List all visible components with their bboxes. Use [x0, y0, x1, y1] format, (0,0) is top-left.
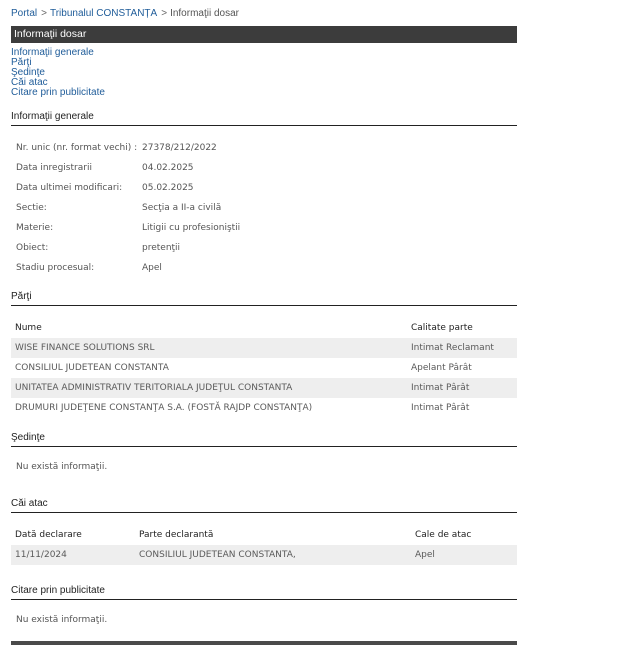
table-row: WISE FINANCE SOLUTIONS SRLIntimat Reclam… [11, 338, 517, 358]
breadcrumb-portal[interactable]: Portal [11, 8, 37, 19]
info-row: Materie:Litigii cu profesioniştii [16, 218, 496, 238]
info-row: Stadiu procesual:Apel [16, 258, 496, 278]
column-header-nume: Nume [11, 318, 407, 338]
footer-divider [11, 641, 517, 645]
info-label: Materie: [16, 218, 142, 238]
info-row: Obiect:pretenţii [16, 238, 496, 258]
info-label: Sectie: [16, 198, 142, 218]
section-title-cai-atac: Căi atac [11, 498, 517, 513]
section-title-general: Informaţii generale [11, 111, 517, 126]
link-citare[interactable]: Citare prin publicitate [11, 88, 105, 98]
party-role: Intimat Pârât [407, 378, 517, 398]
info-label: Data ultimei modificari: [16, 178, 142, 198]
info-value: Litigii cu profesioniştii [142, 218, 240, 238]
section-links: Informaţii generale Părţi Şedinţe Căi at… [11, 48, 105, 98]
section-title-parti: Părţi [11, 291, 517, 306]
table-row: CONSILIUL JUDETEAN CONSTANTAApelant Pârâ… [11, 358, 517, 378]
table-row: UNITATEA ADMINISTRATIV TERITORIALA JUDEŢ… [11, 378, 517, 398]
party-name: WISE FINANCE SOLUTIONS SRL [11, 338, 407, 358]
info-value: 27378/212/2022 [142, 138, 217, 158]
info-value: 05.02.2025 [142, 178, 194, 198]
cai-atac-table: Dată declarare Parte declarantă Cale de … [11, 525, 517, 565]
info-value: 04.02.2025 [142, 158, 194, 178]
party-role: Apelant Pârât [407, 358, 517, 378]
column-header-data-declarare: Dată declarare [11, 525, 135, 545]
info-value: pretenţii [142, 238, 180, 258]
sedinte-empty-message: Nu există informaţii. [16, 462, 107, 472]
info-row: Sectie:Secţia a II-a civilă [16, 198, 496, 218]
table-row: DRUMURI JUDEŢENE CONSTANŢA S.A. (FOSTĂ R… [11, 398, 517, 418]
section-title-citare: Citare prin publicitate [11, 585, 517, 600]
info-label: Nr. unic (nr. format vechi) : [16, 138, 142, 158]
breadcrumb: Portal>Tribunalul CONSTANȚA>Informaţii d… [11, 8, 239, 19]
page-title: Informaţii dosar [11, 26, 517, 43]
appeal-date: 11/11/2024 [11, 545, 135, 565]
party-name: DRUMURI JUDEŢENE CONSTANŢA S.A. (FOSTĂ R… [11, 398, 407, 418]
general-info-list: Nr. unic (nr. format vechi) :27378/212/2… [16, 138, 496, 278]
info-value: Secţia a II-a civilă [142, 198, 221, 218]
info-row: Nr. unic (nr. format vechi) :27378/212/2… [16, 138, 496, 158]
party-role: Intimat Reclamant [407, 338, 517, 358]
column-header-calitate: Calitate parte [407, 318, 517, 338]
info-row: Data inregistrarii04.02.2025 [16, 158, 496, 178]
appeal-type: Apel [411, 545, 517, 565]
breadcrumb-separator: > [41, 8, 47, 19]
parti-table: Nume Calitate parte WISE FINANCE SOLUTIO… [11, 318, 517, 418]
party-role: Intimat Pârât [407, 398, 517, 418]
info-label: Data inregistrarii [16, 158, 142, 178]
info-value: Apel [142, 258, 162, 278]
info-row: Data ultimei modificari:05.02.2025 [16, 178, 496, 198]
appeal-party: CONSILIUL JUDETEAN CONSTANTA, [135, 545, 411, 565]
citare-empty-message: Nu există informaţii. [16, 615, 107, 625]
table-row: 11/11/2024CONSILIUL JUDETEAN CONSTANTA,A… [11, 545, 517, 565]
section-title-sedinte: Şedinţe [11, 432, 517, 447]
party-name: CONSILIUL JUDETEAN CONSTANTA [11, 358, 407, 378]
info-label: Stadiu procesual: [16, 258, 142, 278]
column-header-cale-atac: Cale de atac [411, 525, 517, 545]
breadcrumb-tribunal[interactable]: Tribunalul CONSTANȚA [50, 8, 157, 19]
column-header-parte-declaranta: Parte declarantă [135, 525, 411, 545]
info-label: Obiect: [16, 238, 142, 258]
party-name: UNITATEA ADMINISTRATIV TERITORIALA JUDEŢ… [11, 378, 407, 398]
breadcrumb-current: Informaţii dosar [170, 8, 239, 19]
breadcrumb-separator: > [161, 8, 167, 19]
